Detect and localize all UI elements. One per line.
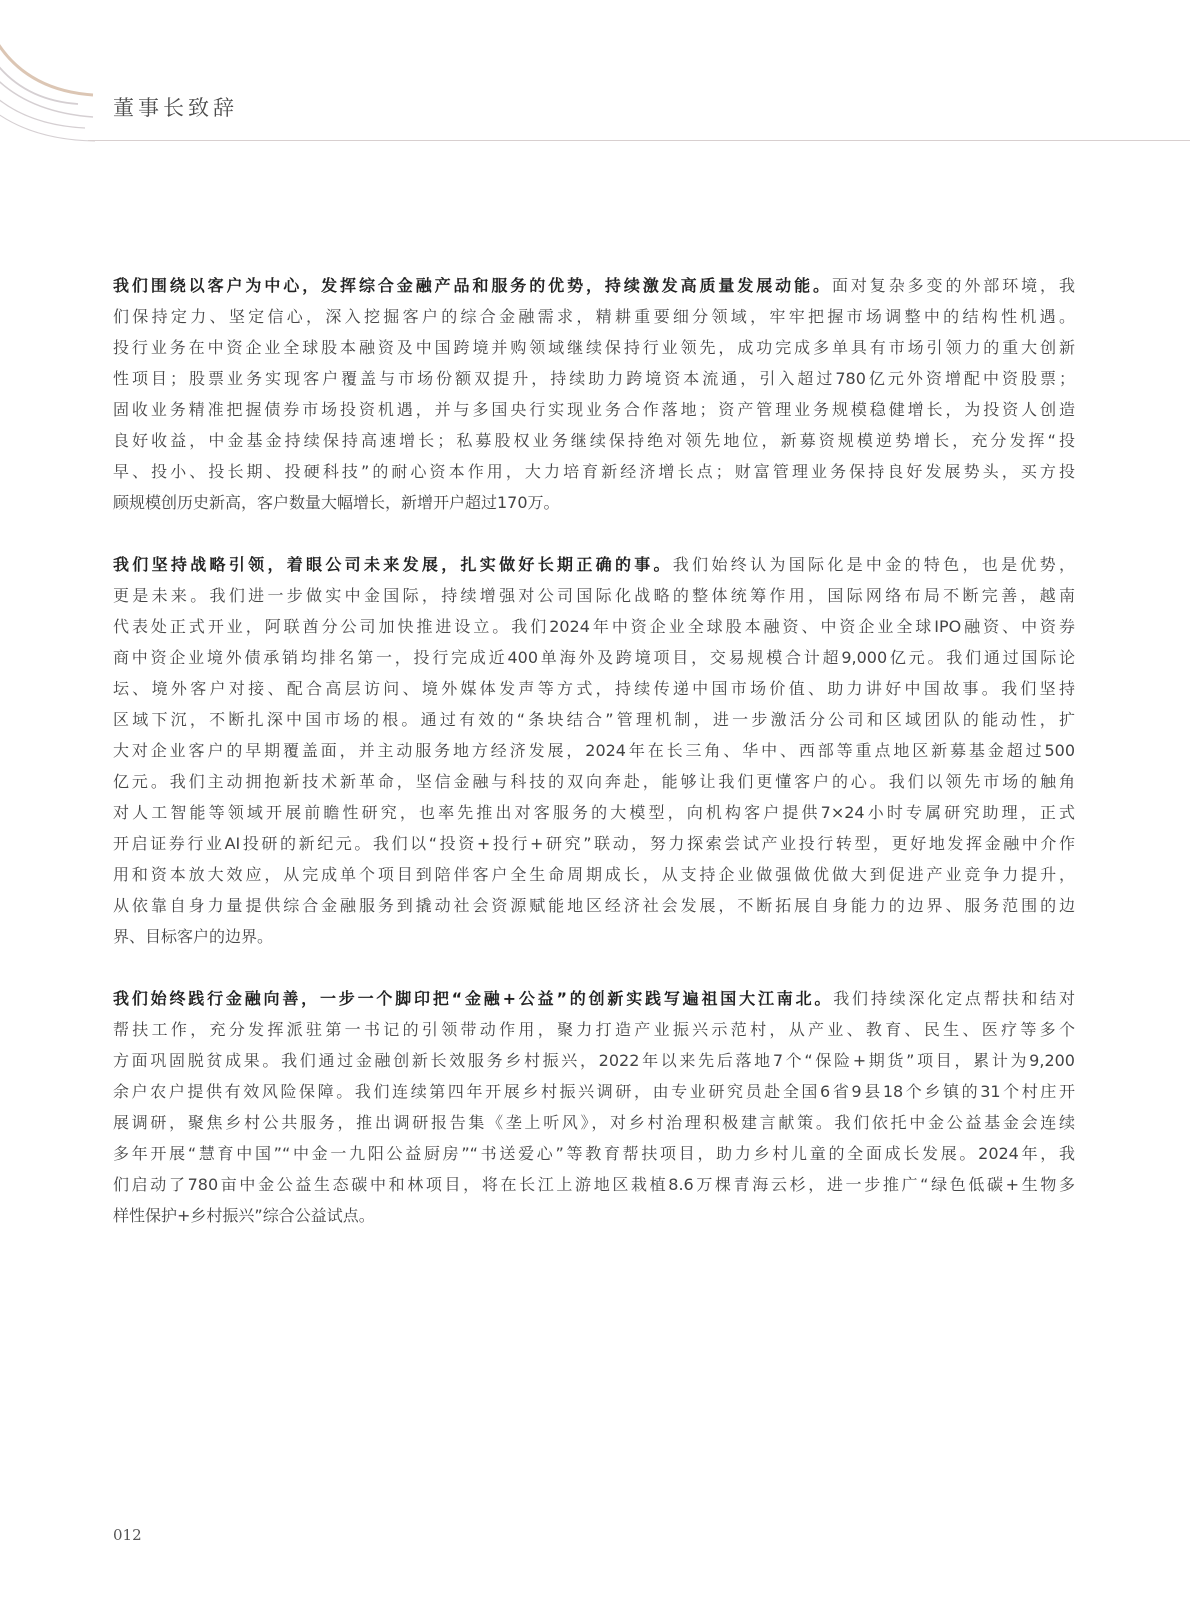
- text-line: 方面巩固脱贫成果。我们通过金融创新长效服务乡村振兴，2022年以来先后落地7个“…: [113, 1045, 1075, 1076]
- paragraph-strategy: 我们坚持战略引领，着眼公司未来发展，扎实做好长期正确的事。我们始终认为国际化是中…: [113, 549, 1075, 952]
- paragraph-lead: 我们始终践行金融向善，一步一个脚印把“金融+公益”的创新实践写遍祖国大江南北。: [113, 989, 833, 1008]
- text-line: 代表处正式开业，阿联酋分公司加快推进设立。我们2024年中资企业全球股本融资、中…: [113, 611, 1075, 642]
- header-divider: [88, 140, 1190, 141]
- text-line: 良好收益，中金基金持续保持高速增长；私募股权业务继续保持绝对领先地位，新募资规模…: [113, 425, 1075, 456]
- text-line: 们保持定力、坚定信心，深入挖掘客户的综合金融需求，精耕重要细分领域，牢牢把握市场…: [113, 301, 1075, 332]
- text-line: 余户农户提供有效风险保障。我们连续第四年开展乡村振兴调研，由专业研究员赴全国6省…: [113, 1076, 1075, 1107]
- paragraph-lead: 我们坚持战略引领，着眼公司未来发展，扎实做好长期正确的事。: [113, 555, 673, 574]
- text-line: 更是未来。我们进一步做实中金国际，持续增强对公司国际化战略的整体统筹作用，国际网…: [113, 580, 1075, 611]
- text-line: 大对企业客户的早期覆盖面，并主动服务地方经济发展，2024年在长三角、华中、西部…: [113, 735, 1075, 766]
- text-line: 早、投小、投长期、投硬科技”的耐心资本作用，大力培育新经济增长点；财富管理业务保…: [113, 456, 1075, 487]
- text-line: 对人工智能等领域开展前瞻性研究，也率先推出对客服务的大模型，向机构客户提供7×2…: [113, 797, 1075, 828]
- paragraph-customer-centric: 我们围绕以客户为中心，发挥综合金融产品和服务的优势，持续激发高质量发展动能。面对…: [113, 270, 1075, 518]
- text-segment: 面对复杂多变的外部环境，我: [832, 276, 1075, 295]
- text-line: 我们坚持战略引领，着眼公司未来发展，扎实做好长期正确的事。我们始终认为国际化是中…: [113, 549, 1075, 580]
- page-number: 012: [113, 1526, 142, 1544]
- text-line: 顾规模创历史新高，客户数量大幅增长，新增开户超过170万。: [113, 487, 1075, 518]
- text-line: 界、目标客户的边界。: [113, 921, 1075, 952]
- text-line: 展调研，聚焦乡村公共服务，推出调研报告集《垄上听风》，对乡村治理积极建言献策。我…: [113, 1107, 1075, 1138]
- text-line: 我们始终践行金融向善，一步一个脚印把“金融+公益”的创新实践写遍祖国大江南北。我…: [113, 983, 1075, 1014]
- text-line: 商中资企业境外债承销均排名第一，投行完成近400单海外及跨境项目，交易规模合计超…: [113, 642, 1075, 673]
- page-title: 董事长致辞: [113, 92, 238, 122]
- letter-body: 我们围绕以客户为中心，发挥综合金融产品和服务的优势，持续激发高质量发展动能。面对…: [113, 270, 1075, 1262]
- text-line: 开启证券行业AI投研的新纪元。我们以“投资+投行+研究”联动，努力探索尝试产业投…: [113, 828, 1075, 859]
- text-segment: 我们持续深化定点帮扶和结对: [833, 989, 1075, 1008]
- text-line: 区域下沉，不断扎深中国市场的根。通过有效的“条块结合”管理机制，进一步激活分公司…: [113, 704, 1075, 735]
- text-line: 坛、境外客户对接、配合高层访问、境外媒体发声等方式，持续传递中国市场价值、助力讲…: [113, 673, 1075, 704]
- text-line: 帮扶工作，充分发挥派驻第一书记的引领带动作用，聚力打造产业振兴示范村，从产业、教…: [113, 1014, 1075, 1045]
- text-line: 多年开展“慧育中国”“中金一九阳公益厨房”“书送爱心”等教育帮扶项目，助力乡村儿…: [113, 1138, 1075, 1169]
- text-line: 性项目；股票业务实现客户覆盖与市场份额双提升，持续助力跨境资本流通，引入超过78…: [113, 363, 1075, 394]
- text-line: 样性保护+乡村振兴”综合公益试点。: [113, 1200, 1075, 1231]
- text-line: 们启动了780亩中金公益生态碳中和林项目，将在长江上游地区栽植8.6万棵青海云杉…: [113, 1169, 1075, 1200]
- text-line: 我们围绕以客户为中心，发挥综合金融产品和服务的优势，持续激发高质量发展动能。面对…: [113, 270, 1075, 301]
- paragraph-lead: 我们围绕以客户为中心，发挥综合金融产品和服务的优势，持续激发高质量发展动能。: [113, 276, 832, 295]
- text-segment: 我们始终认为国际化是中金的特色，也是优势，: [673, 555, 1075, 574]
- text-line: 投行业务在中资企业全球股本融资及中国跨境并购领域继续保持行业领先，成功完成多单具…: [113, 332, 1075, 363]
- text-line: 固收业务精准把握债券市场投资机遇，并与多国央行实现业务合作落地；资产管理业务规模…: [113, 394, 1075, 425]
- paragraph-finance-for-good: 我们始终践行金融向善，一步一个脚印把“金融+公益”的创新实践写遍祖国大江南北。我…: [113, 983, 1075, 1231]
- text-line: 从依靠自身力量提供综合金融服务到撬动社会资源赋能地区经济社会发展，不断拓展自身能…: [113, 890, 1075, 921]
- text-line: 亿元。我们主动拥抱新技术新革命，坚信金融与科技的双向奔赴，能够让我们更懂客户的心…: [113, 766, 1075, 797]
- text-line: 用和资本放大效应，从完成单个项目到陪伴客户全生命周期成长，从支持企业做强做优做大…: [113, 859, 1075, 890]
- decorative-arcs-icon: [0, 0, 120, 150]
